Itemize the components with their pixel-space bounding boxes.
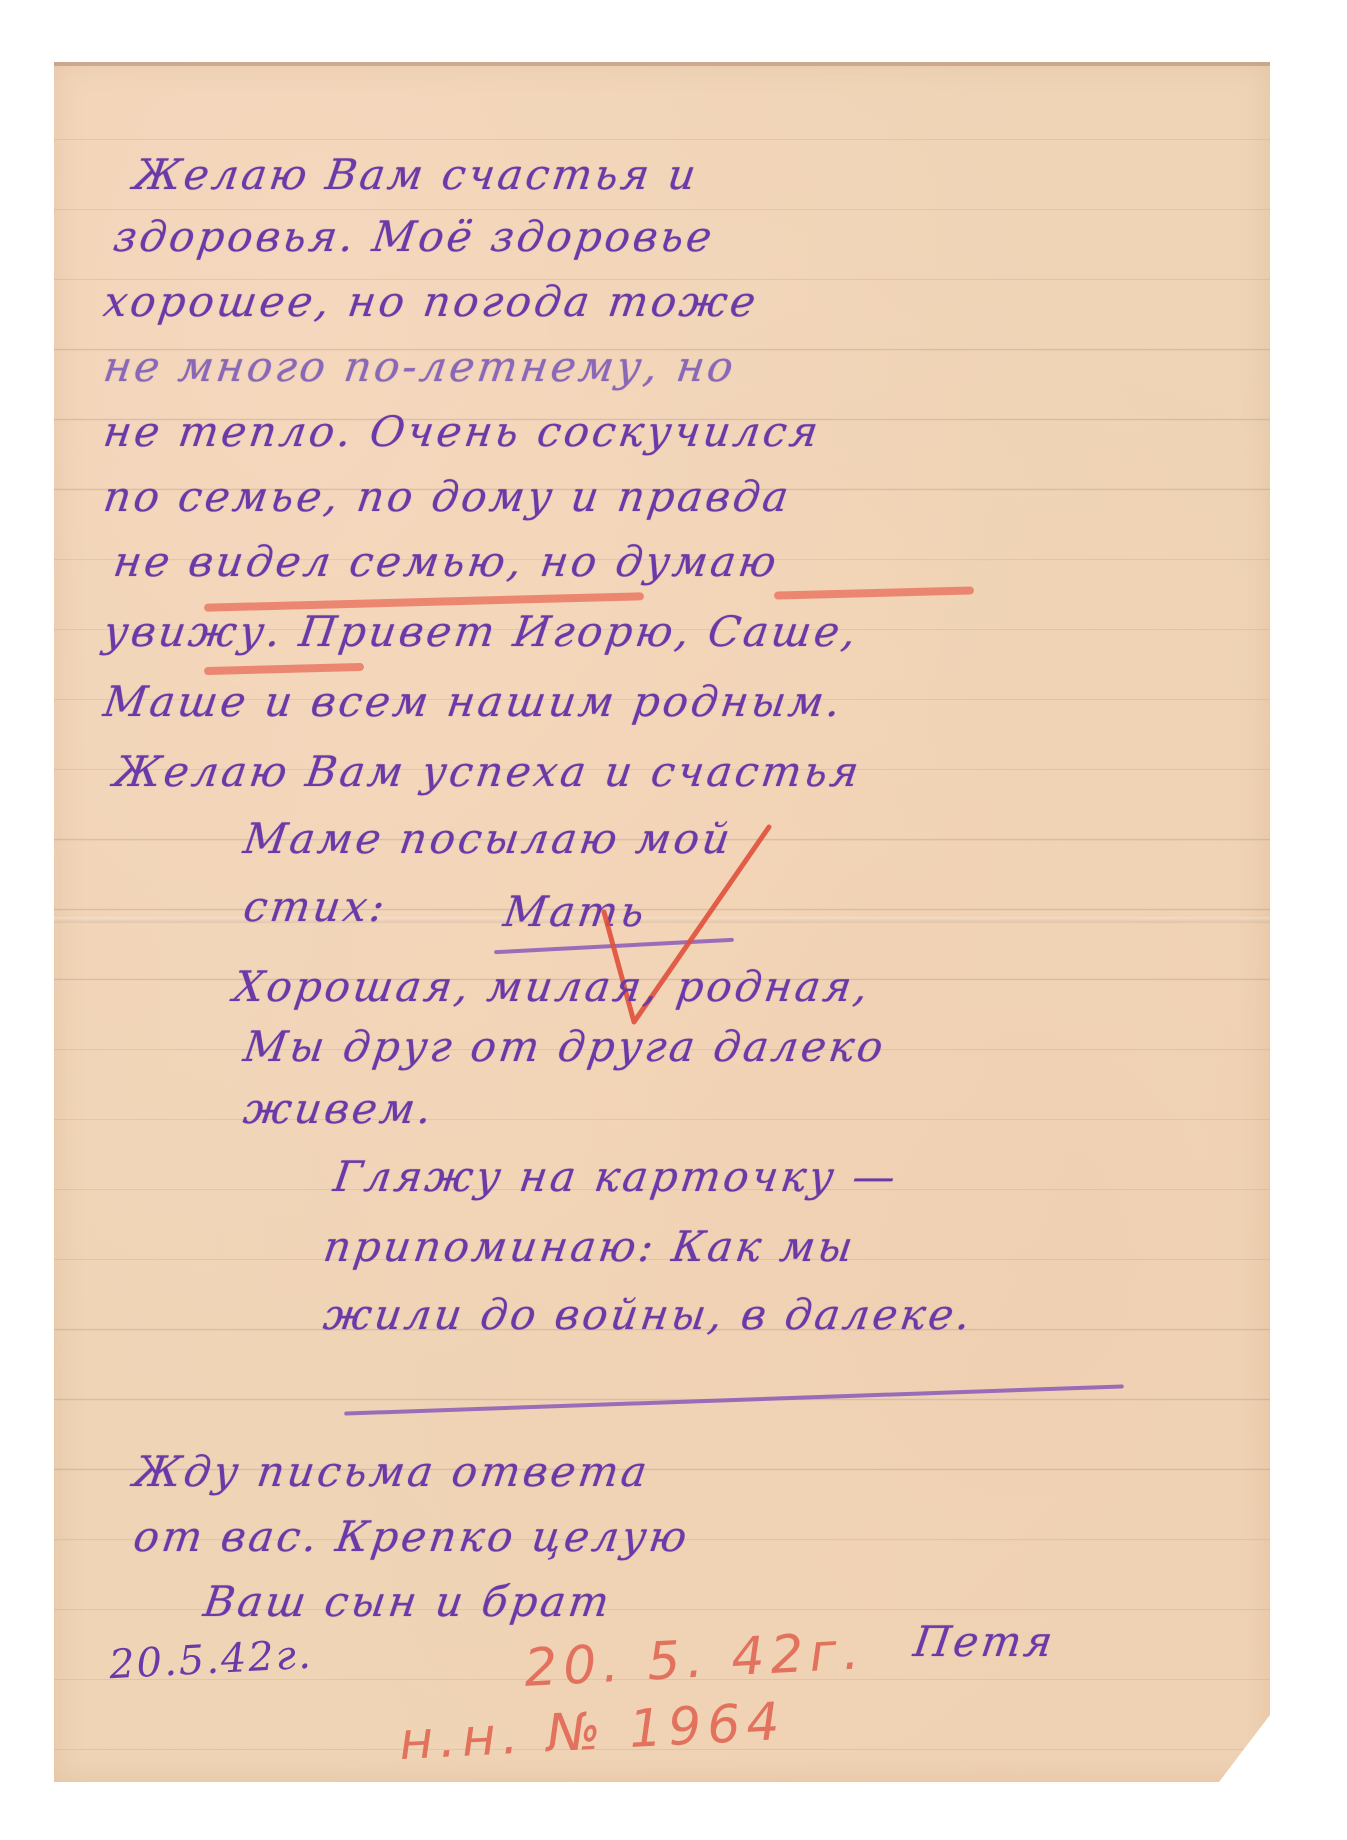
red-archive-number: н.н. № 1964: [398, 1692, 787, 1772]
closing-line-3: Ваш сын и брат: [201, 1577, 615, 1626]
letter-line-9: Маше и всем нашим родным.: [101, 677, 847, 726]
poem-intro-line-2: стих:: [241, 882, 391, 931]
poem-line-2: Мы друг от друга далеко: [241, 1022, 889, 1071]
poem-line-3: живем.: [241, 1084, 438, 1133]
letter-line-1: Желаю Вам счастья и: [131, 150, 702, 199]
red-underline-3: [204, 663, 364, 675]
letter-date: 20.5.42г.: [108, 1632, 314, 1689]
signature: Петя: [911, 1617, 1059, 1666]
poem-line-5: припоминаю: Как мы: [321, 1222, 859, 1271]
poem-line-6: жили до войны, в далеке.: [321, 1290, 977, 1339]
letter-paper: Желаю Вам счастья и здоровья. Моё здоров…: [54, 62, 1270, 1782]
poem-line-1: Хорошая, милая, родная,: [231, 962, 874, 1011]
letter-line-2: здоровья. Моё здоровье: [111, 212, 718, 261]
letter-line-3: хорошее, но погода тоже: [101, 277, 762, 326]
closing-line-2: от вас. Крепко целую: [131, 1512, 693, 1561]
letter-line-4: не много по-летнему, но: [101, 342, 740, 391]
red-archive-date: 20. 5. 42г.: [523, 1621, 867, 1699]
letter-line-10: Желаю Вам успеха и счастья: [111, 747, 865, 796]
paper-top-edge: [54, 62, 1270, 66]
closing-line-1: Жду письма ответа: [131, 1447, 653, 1496]
letter-line-8: увижу. Привет Игорю, Саше,: [101, 607, 862, 656]
letter-line-7: не видел семью, но думаю: [111, 537, 783, 586]
letter-line-5: не тепло. Очень соскучился: [101, 407, 825, 456]
letter-line-6: по семье, по дому и правда: [101, 472, 795, 521]
section-divider-line: [344, 1384, 1124, 1415]
poem-line-4: Гляжу на карточку —: [331, 1152, 902, 1201]
red-underline-2: [774, 586, 974, 599]
